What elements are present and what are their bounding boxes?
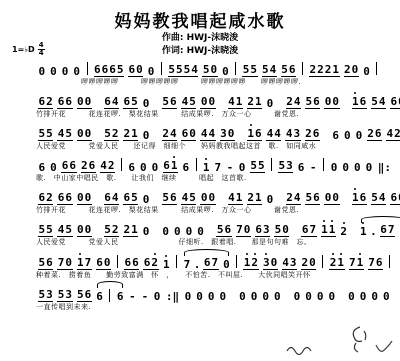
note-group: 0 <box>363 66 371 77</box>
note-digit: 6 <box>94 64 102 75</box>
notes-line: 0000666560055545005554562221200 <box>36 60 394 77</box>
beam-group: 21 <box>329 257 344 270</box>
note-digit: 3 <box>289 257 297 268</box>
barline <box>236 255 237 268</box>
beam-group: 54 <box>262 64 277 77</box>
note-digit: 6 <box>390 96 398 107</box>
note-digit: 4 <box>293 192 301 203</box>
beam-group: 21 <box>123 224 138 237</box>
note-digit: 6 <box>170 192 178 203</box>
note-digit: 6 <box>38 96 46 107</box>
note-digit: 4 <box>269 64 277 75</box>
note-digit: 6 <box>312 128 320 139</box>
repeat-end-barline: :‖ <box>166 291 179 302</box>
beam-group: 6665 <box>94 64 125 77</box>
note-digit: 6 <box>96 291 104 302</box>
beam-group: 65 <box>123 192 138 205</box>
note-digit: 2 <box>305 128 313 139</box>
note-group: 7 <box>214 162 222 173</box>
note-digit: 2 <box>107 160 115 171</box>
beam-group: 56 <box>305 96 320 109</box>
beam-group: 60 <box>96 257 111 270</box>
barline <box>109 289 110 302</box>
slur-arc: 1.670 <box>358 224 400 237</box>
note-digit: 5 <box>46 128 54 139</box>
note-digit: 7 <box>57 257 65 268</box>
note-digit: 0 <box>239 291 247 302</box>
beam-group: 43 <box>285 128 300 141</box>
note-digit: 6 <box>57 96 65 107</box>
note-digit: 2 <box>123 224 131 235</box>
beam-group: 16 <box>352 96 367 109</box>
note-digit: 0 <box>359 291 367 302</box>
beam-group: 67 <box>380 224 395 237</box>
note-digit: 0 <box>184 291 192 302</box>
lyrics-line: 一直传唱到未来. <box>36 303 394 312</box>
score-row: 6266006465056450041210245600165460竹排开花 花… <box>36 188 394 215</box>
note-digit: 7 <box>236 224 244 235</box>
beam-group: 45 <box>181 96 196 109</box>
beam-group: 50 <box>202 64 217 77</box>
note-digit: 5 <box>250 160 258 171</box>
note-group: 0 <box>142 194 150 205</box>
note-digit: 0 <box>151 162 159 173</box>
note-digit: 5 <box>371 192 379 203</box>
note-group: 0 <box>61 66 69 77</box>
note-group: 0 <box>142 130 150 141</box>
beam-group: 00 <box>77 224 92 237</box>
note-digit: 0 <box>355 130 363 141</box>
beam-group: 21 <box>247 192 262 205</box>
note-digit: 0 <box>73 66 81 77</box>
note-digit: 1 <box>235 96 243 107</box>
note-digit: 1 <box>321 224 329 235</box>
note-digit: 2 <box>46 192 54 203</box>
note-digit: 1 <box>163 259 171 270</box>
note-digit: 2 <box>162 128 170 139</box>
beam-group: 64 <box>104 192 119 205</box>
beam-group: 71 <box>349 257 364 270</box>
note-digit: 6 <box>170 96 178 107</box>
note-digit: 0 <box>38 66 46 77</box>
note-digit: 6 <box>123 192 131 203</box>
note-digit: 4 <box>181 96 189 107</box>
beam-group: 16 <box>352 192 367 205</box>
slur-arc: 7.670 <box>181 257 232 270</box>
note-digit: 7 <box>183 259 191 270</box>
note-digit: 5 <box>262 64 270 75</box>
note-digit: 6 <box>313 192 321 203</box>
note-digit: 0 <box>189 128 197 139</box>
note-digit: 2 <box>344 64 352 75</box>
handwritten-doodles <box>286 325 396 359</box>
note-group: 1 <box>163 259 171 270</box>
note-digit: 0 <box>262 291 270 302</box>
time-signature-bottom: 4 <box>39 50 44 57</box>
note-digit: 1 <box>243 257 251 268</box>
note-digit: 0 <box>162 226 170 237</box>
barline <box>87 62 88 75</box>
note-group: 0 <box>316 291 324 302</box>
note-digit: 6 <box>84 289 92 300</box>
note-group: 0 <box>238 162 246 173</box>
note-digit: 1 <box>352 192 360 203</box>
note-digit: 5 <box>216 224 224 235</box>
beam-group: 65 <box>123 96 138 109</box>
note-digit: 6 <box>101 64 109 75</box>
note-digit: 4 <box>293 96 301 107</box>
beam-group: 61 <box>163 160 178 173</box>
beam-group: 00 <box>77 96 92 109</box>
augmentation-dot: . <box>194 259 201 270</box>
beam-group: 67 <box>203 257 218 270</box>
note-digit: 7 <box>84 257 92 268</box>
key-time-signature: 1=♭D 4 4 <box>12 42 45 57</box>
note-digit: 2 <box>286 192 294 203</box>
note-group: 0 <box>371 291 379 302</box>
note-digit: 2 <box>367 128 375 139</box>
note-digit: 0 <box>371 291 379 302</box>
note-digit: 0 <box>77 96 85 107</box>
note-group: 0 <box>293 291 301 302</box>
beam-group: 60 <box>128 64 143 77</box>
note-digit: 5 <box>189 96 197 107</box>
note-digit: 5 <box>38 289 46 300</box>
lyrics-line: 人民爱党 党爱人民 还记得 细细个 妈妈教我唱起这首 歌. 如同咸水 <box>36 142 394 151</box>
note-group: 6 <box>116 291 124 302</box>
note-digit: 6 <box>203 257 211 268</box>
note-digit: 5 <box>258 160 266 171</box>
notes-line: 53535666--0:‖00000000000000000000 <box>36 285 394 302</box>
note-digit: 0 <box>142 98 150 109</box>
note-digit: 6 <box>104 96 112 107</box>
scribble-wave-icon <box>286 343 324 355</box>
beam-group: 56 <box>216 224 231 237</box>
note-digit: 6 <box>359 96 367 107</box>
note-digit: 4 <box>386 128 394 139</box>
note-digit: 2 <box>111 224 119 235</box>
note-digit: 0 <box>316 291 324 302</box>
note-digit: 6 <box>116 291 124 302</box>
note-digit: 6 <box>46 257 54 268</box>
note-digit: 0 <box>219 291 227 302</box>
note-group: 0 <box>266 98 274 109</box>
note-digit: 4 <box>378 96 386 107</box>
beam-group: 26 <box>81 160 96 173</box>
dash-note: - <box>129 291 136 302</box>
note-digit: 0 <box>238 162 246 173</box>
beam-group: 53 <box>38 289 53 302</box>
lyrics-line: 人民爱党 党爱人民 仔细听. 跟着唱. 那是句句难 忘, <box>36 238 394 247</box>
note-digit: 6 <box>181 128 189 139</box>
beam-group: 56 <box>77 289 92 302</box>
note-digit: 4 <box>111 96 119 107</box>
note-digit: 6 <box>132 257 140 268</box>
note-digit: 1 <box>202 162 210 173</box>
note-group: 0 <box>354 162 362 173</box>
beam-group: 66 <box>57 192 72 205</box>
note-group: 0 <box>50 66 58 77</box>
beam-group: 26 <box>305 128 320 141</box>
note-digit: 5 <box>168 64 176 75</box>
note-digit: 2 <box>81 160 89 171</box>
note-digit: 6 <box>255 224 263 235</box>
note-digit: 4 <box>266 128 274 139</box>
beam-group: 55 <box>38 224 53 237</box>
note-digit: 6 <box>390 192 398 203</box>
note-digit: 5 <box>371 96 379 107</box>
note-digit: 1 <box>328 224 336 235</box>
note-digit: 0 <box>153 291 161 302</box>
note-group: 1 <box>202 162 210 173</box>
barline <box>121 158 122 171</box>
note-digit: 5 <box>242 64 250 75</box>
note-group: 0 <box>162 226 170 237</box>
note-digit: 2 <box>301 257 309 268</box>
barline <box>235 62 236 75</box>
note-digit: 0 <box>293 291 301 302</box>
note-digit: 0 <box>208 192 216 203</box>
note-digit: 2 <box>286 96 294 107</box>
note-digit: 4 <box>228 192 236 203</box>
barline <box>196 158 197 171</box>
beam-group: 5554 <box>168 64 199 77</box>
note-digit: 1 <box>77 257 85 268</box>
note-digit: 0 <box>324 192 332 203</box>
note-group: 0 <box>184 291 192 302</box>
note-digit: 6 <box>65 96 73 107</box>
barline <box>322 255 323 268</box>
note-digit: 1 <box>247 128 255 139</box>
note-digit: 6 <box>123 96 131 107</box>
beam-group: 44 <box>266 128 281 141</box>
note-group: 0 <box>197 226 205 237</box>
beam-group: 56 <box>305 192 320 205</box>
note-digit: 4 <box>378 192 386 203</box>
note-digit: 0 <box>65 257 73 268</box>
note-digit: 6 <box>124 257 132 268</box>
beam-group: 00 <box>324 192 339 205</box>
note-digit: 0 <box>330 162 338 173</box>
note-digit: 6 <box>88 160 96 171</box>
beam-group: 66 <box>61 160 76 173</box>
note-group: 0 <box>219 291 227 302</box>
note-group: 6 <box>128 162 136 173</box>
note-digit: 2 <box>324 64 332 75</box>
note-digit: 2 <box>123 128 131 139</box>
augmentation-dot: . <box>370 226 377 237</box>
note-digit: 4 <box>285 128 293 139</box>
beam-group: 44 <box>200 128 215 141</box>
beam-group: 66 <box>57 96 72 109</box>
note-digit: 3 <box>65 289 73 300</box>
note-digit: 2 <box>111 128 119 139</box>
note-digit: 5 <box>183 64 191 75</box>
note-group: 0 <box>344 130 352 141</box>
note-group: 0 <box>239 291 247 302</box>
note-digit: 0 <box>200 96 208 107</box>
note-group: 0 <box>207 291 215 302</box>
note-digit: 0 <box>84 96 92 107</box>
barline <box>389 255 390 268</box>
note-digit: 6 <box>61 160 69 171</box>
barline <box>176 255 177 268</box>
note-digit: 5 <box>65 224 73 235</box>
score-row: 6266006465056450041210245600165460竹排开花 花… <box>36 92 394 119</box>
lyrics-line: 种着菜. 捞着鱼 勤劳致富满 怀 ， 不怕苦. 不叫屈. 大伙同唱笑开怀 <box>36 271 394 280</box>
beam-group: 62 <box>38 96 53 109</box>
beam-group: 50 <box>274 224 289 237</box>
beam-group: 42 <box>100 160 115 173</box>
note-digit: 1 <box>356 257 364 268</box>
note-digit: 5 <box>77 289 85 300</box>
note-digit: 0 <box>142 226 150 237</box>
beam-group: 17 <box>77 257 92 270</box>
note-digit: 0 <box>77 192 85 203</box>
note-digit: 6 <box>332 130 340 141</box>
beam-group: 45 <box>57 128 72 141</box>
note-digit: 2 <box>394 128 400 139</box>
beam-group: 20 <box>301 257 316 270</box>
beam-group: 60 <box>390 96 400 109</box>
note-digit: 6 <box>374 128 382 139</box>
note-digit: 5 <box>162 96 170 107</box>
note-group: 0 <box>342 162 350 173</box>
beam-group: 70 <box>236 224 251 237</box>
note-digit: 2 <box>151 257 159 268</box>
notes-line: 6266006465056450041210245600165460 <box>36 92 394 109</box>
beam-group: 55 <box>250 160 265 173</box>
note-digit: 0 <box>344 130 352 141</box>
repeat-begin-barline: ‖: <box>378 162 391 173</box>
beam-group: 20 <box>344 64 359 77</box>
beam-group: 56 <box>162 192 177 205</box>
note-digit: 4 <box>57 128 65 139</box>
slur-arc: 66 <box>94 289 126 302</box>
note-digit: 5 <box>38 128 46 139</box>
lyrics-line: 歌. 中山家中唱民 歌. 让我们 继续 唱起 这首歌. <box>36 174 394 183</box>
notes-line: 5545005221024604430164443266002642 <box>36 124 394 141</box>
note-digit: 0 <box>84 128 92 139</box>
notes-line: 6066264260061617-055536-0000‖: <box>36 156 394 173</box>
note-digit: 7 <box>368 257 376 268</box>
note-digit: 0 <box>332 96 340 107</box>
note-digit: 6 <box>297 162 305 173</box>
note-digit: 2 <box>247 96 255 107</box>
note-group: 0 <box>153 291 161 302</box>
note-digit: 4 <box>200 128 208 139</box>
note-digit: 0 <box>77 224 85 235</box>
note-digit: 0 <box>61 66 69 77</box>
note-digit: 2 <box>309 64 317 75</box>
beam-group: 56 <box>162 96 177 109</box>
beam-group: 21 <box>123 128 138 141</box>
note-digit: 0 <box>200 192 208 203</box>
key-signature: 1=♭D <box>12 45 35 54</box>
note-digit: 5 <box>104 224 112 235</box>
note-group: 0 <box>330 162 338 173</box>
note-digit: 5 <box>189 192 197 203</box>
note-digit: 1 <box>131 224 139 235</box>
note-group: 0 <box>348 291 356 302</box>
note-digit: 6 <box>104 192 112 203</box>
note-group: 6 <box>332 130 340 141</box>
note-digit: 3 <box>293 128 301 139</box>
note-group: 0 <box>359 291 367 302</box>
note-digit: 5 <box>278 160 286 171</box>
beam-group: 55 <box>242 64 257 77</box>
note-digit: 5 <box>162 192 170 203</box>
notes-line: 6266006465056450041210245600165460 <box>36 188 394 205</box>
note-digit: 0 <box>207 291 215 302</box>
note-digit: 6 <box>182 162 190 173</box>
note-digit: 0 <box>197 226 205 237</box>
notes-line: 55450052210000056706350671121.670 <box>36 220 394 237</box>
beam-group: 60 <box>181 128 196 141</box>
beam-group: 00 <box>200 96 215 109</box>
note-group: 1 <box>360 226 368 237</box>
score-row: 56701760666217.67012304320217176种着菜. 捞着鱼… <box>36 253 394 280</box>
note-digit: 0 <box>342 162 350 173</box>
notes-line: 56701760666217.67012304320217176 <box>36 253 394 270</box>
note-digit: 4 <box>282 257 290 268</box>
note-digit: 0 <box>354 162 362 173</box>
note-digit: 6 <box>57 192 65 203</box>
note-digit: 6 <box>255 128 263 139</box>
note-group: 0 <box>355 130 363 141</box>
note-digit: 6 <box>69 160 77 171</box>
note-digit: 7 <box>309 224 317 235</box>
note-digit: 2 <box>46 96 54 107</box>
note-digit: 6 <box>38 162 46 173</box>
beam-group: 53 <box>278 160 293 173</box>
note-digit: 6 <box>38 192 46 203</box>
note-group: 0 <box>73 66 81 77</box>
note-digit: 0 <box>282 224 290 235</box>
note-digit: 5 <box>57 289 65 300</box>
note-digit: 0 <box>84 192 92 203</box>
note-group: 6 <box>38 162 46 173</box>
score-row: 53535666--0:‖00000000000000000000一直传唱到未来… <box>36 285 394 312</box>
note-group: 7 <box>183 259 191 270</box>
note-digit: 6 <box>163 160 171 171</box>
beam-group: 76 <box>368 257 383 270</box>
note-digit: 7 <box>214 162 222 173</box>
note-digit: 4 <box>100 160 108 171</box>
note-group: 0 <box>328 291 336 302</box>
barline <box>117 255 118 268</box>
note-digit: 7 <box>211 257 219 268</box>
note-digit: 5 <box>131 192 139 203</box>
note-digit: 0 <box>383 291 391 302</box>
note-digit: 0 <box>227 128 235 139</box>
lyricist-credit: 作词: HWJ-沫晓浚 <box>0 46 400 58</box>
note-digit: 1 <box>255 96 263 107</box>
note-digit: 7 <box>387 224 395 235</box>
note-digit: 0 <box>139 162 147 173</box>
note-digit: 0 <box>77 128 85 139</box>
note-digit: 1 <box>235 192 243 203</box>
dash-note: - <box>227 162 234 173</box>
beam-group: 63 <box>255 224 270 237</box>
note-digit: 0 <box>142 130 150 141</box>
beam-group: 11 <box>321 224 336 237</box>
note-digit: 0 <box>222 66 230 77</box>
note-group: 2 <box>340 226 348 237</box>
dash-note: - <box>310 162 317 173</box>
note-digit: 5 <box>305 96 313 107</box>
note-digit: 4 <box>57 224 65 235</box>
